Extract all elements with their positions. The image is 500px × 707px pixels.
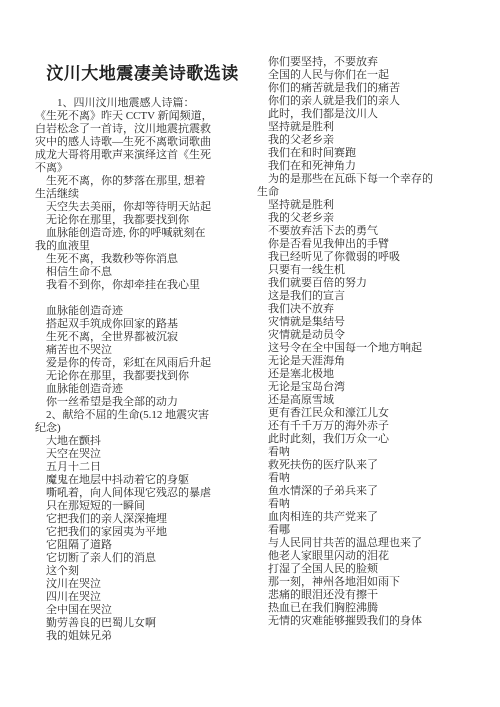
poem-line: 无论是宝岛台湾 — [257, 381, 483, 394]
poem-line: 无论是天涯海角 — [257, 355, 483, 368]
poem-line: 你一丝希望是我全部的动力 — [35, 396, 250, 409]
poem-line: 这号令在全中国每一个地方响起 — [257, 342, 483, 355]
poem-line: 还是塞北极地 — [257, 368, 483, 381]
poem-line: 我们在和时间赛跑 — [257, 147, 483, 160]
poem-line: 它把我们的亲人深深掩埋 — [35, 513, 250, 526]
poem-line: 全中国在哭泣 — [35, 604, 250, 617]
poem-line: 四川在哭泣 — [35, 591, 250, 604]
poem-line: 那一刻，神州各地泪如雨下 — [257, 576, 483, 589]
poem-line: 我已经听见了你微弱的呼吸 — [257, 251, 483, 264]
poem-line: 生活继续 — [35, 188, 250, 201]
poem-line: 你是否看见我伸出的手臂 — [257, 238, 483, 251]
poem-line: 这是我们的宣言 — [257, 290, 483, 303]
poem-line: 他老人家眼里闪动的泪花 — [257, 550, 483, 563]
two-column-layout: 汶川大地震凄美诗歌选读 1、四川汶川地震感人诗篇：《生死不离》昨天 CCTV 新… — [0, 0, 500, 643]
poem-line: 只在那短短的一瞬间 — [35, 500, 250, 513]
poem-line: 我们决不放弃 — [257, 303, 483, 316]
poem-line: 天空在哭泣 — [35, 448, 250, 461]
poem-line: 此时此刻，我们万众一心 — [257, 433, 483, 446]
left-column: 汶川大地震凄美诗歌选读 1、四川汶川地震感人诗篇：《生死不离》昨天 CCTV 新… — [35, 56, 250, 643]
poem-line: 灾情就是动员令 — [257, 329, 483, 342]
poem-line: 2、献给不屈的生命(5.12 地震灾害 — [35, 409, 250, 422]
poem-line: 无论你在那里，我都要找到你 — [35, 214, 250, 227]
document-title: 汶川大地震凄美诗歌选读 — [35, 63, 250, 85]
poem-line: 1、四川汶川地震感人诗篇： — [35, 97, 250, 110]
poem-line: 悲痛的眼泪还没有擦干 — [257, 589, 483, 602]
poem-line: 坚持就是胜利 — [257, 121, 483, 134]
poem-line: 大地在颤抖 — [35, 435, 250, 448]
poem-line: 为的是那些在瓦砾下每一个幸存的 — [257, 173, 483, 186]
left-column-text: 1、四川汶川地震感人诗篇：《生死不离》昨天 CCTV 新闻频道，白岩松念了一首诗… — [35, 97, 250, 643]
poem-line: 成龙大哥将用歌声来演绎这首《生死 — [35, 149, 250, 162]
poem-line: 救死扶伤的医疗队来了 — [257, 459, 483, 472]
poem-line: 血脉能创造奇迹, 你的呼喊就刻在 — [35, 227, 250, 240]
poem-line: 看呐 — [257, 498, 483, 511]
poem-line: 鱼水情深的子弟兵来了 — [257, 485, 483, 498]
poem-line: 魔鬼在地层中抖动着它的身躯 — [35, 474, 250, 487]
poem-line: 此时，我们都是汶川人 — [257, 108, 483, 121]
poem-line: 更有香江民众和濠江儿女 — [257, 407, 483, 420]
poem-line: 这个刻 — [35, 565, 250, 578]
poem-line: 嘶吼着，向人间体现它残忍的暴虐 — [35, 487, 250, 500]
poem-line: 天空失去美丽，你却等待明天站起 — [35, 201, 250, 214]
document-page: 汶川大地震凄美诗歌选读 1、四川汶川地震感人诗篇：《生死不离》昨天 CCTV 新… — [0, 0, 500, 707]
poem-line: 《生死不离》昨天 CCTV 新闻频道， — [35, 110, 250, 123]
poem-line: 我的血液里 — [35, 240, 250, 253]
poem-line: 不离》 — [35, 162, 250, 175]
poem-line: 我看不到你，你却牵挂在我心里 — [35, 279, 250, 292]
poem-line: 痛苦也不哭泣 — [35, 344, 250, 357]
poem-line: 坚持就是胜利 — [257, 199, 483, 212]
poem-line: 生命 — [257, 186, 483, 199]
poem-line: 与人民同甘共苦的温总理也来了 — [257, 537, 483, 550]
poem-line: 搭起双手筑成你回家的路基 — [35, 318, 250, 331]
poem-line: 无论你在那里，我都要找到你 — [35, 370, 250, 383]
poem-line: 打湿了全国人民的脸颊 — [257, 563, 483, 576]
poem-line: 生死不离，全世界都被沉寂 — [35, 331, 250, 344]
poem-line: 热血已在我们胸腔沸腾 — [257, 602, 483, 615]
poem-line: 看呐 — [257, 446, 483, 459]
poem-line: 它把我们的家园夷为平地 — [35, 526, 250, 539]
blank-line — [35, 292, 250, 305]
poem-line: 血肉相连的共产党来了 — [257, 511, 483, 524]
poem-line: 看呐 — [257, 472, 483, 485]
poem-line: 血脉能创造奇迹 — [35, 305, 250, 318]
poem-line: 血脉能创造奇迹 — [35, 383, 250, 396]
poem-line: 我们就要百倍的努力 — [257, 277, 483, 290]
poem-line: 看哪 — [257, 524, 483, 537]
poem-line: 我的父老乡亲 — [257, 212, 483, 225]
poem-line: 它阻隔了道路 — [35, 539, 250, 552]
poem-line: 不要放弃活下去的勇气 — [257, 225, 483, 238]
poem-line: 你们的亲人就是我们的亲人 — [257, 95, 483, 108]
poem-line: 白岩松念了一首诗，汶川地震抗震救 — [35, 123, 250, 136]
poem-line: 全国的人民与你们在一起 — [257, 69, 483, 82]
poem-line: 生死不离，你的梦落在那里, 想着 — [35, 175, 250, 188]
poem-line: 我的姐妹兄弟 — [35, 630, 250, 643]
poem-line: 五月十二日 — [35, 461, 250, 474]
poem-line: 它切断了亲人们的消息 — [35, 552, 250, 565]
right-column-text: 你们要坚持，不要放弃全国的人民与你们在一起你们的痛苦就是我们的痛苦你们的亲人就是… — [257, 56, 483, 628]
poem-line: 还有千千万万的海外赤子 — [257, 420, 483, 433]
poem-line: 纪念) — [35, 422, 250, 435]
poem-line: 你们的痛苦就是我们的痛苦 — [257, 82, 483, 95]
right-column: 你们要坚持，不要放弃全国的人民与你们在一起你们的痛苦就是我们的痛苦你们的亲人就是… — [257, 56, 483, 643]
poem-line: 只要有一线生机 — [257, 264, 483, 277]
poem-line: 我们在和死神角力 — [257, 160, 483, 173]
poem-line: 我的父老乡亲 — [257, 134, 483, 147]
poem-line: 还是高原雪域 — [257, 394, 483, 407]
poem-line: 生死不离，我数秒等你消息 — [35, 253, 250, 266]
poem-line: 勤劳善良的巴蜀儿女啊 — [35, 617, 250, 630]
poem-line: 灾中的感人诗歌—生死不离歌词歌曲 — [35, 136, 250, 149]
poem-line: 汶川在哭泣 — [35, 578, 250, 591]
poem-line: 爱是你的传奇，彩虹在风雨后升起 — [35, 357, 250, 370]
poem-line: 相信生命不息 — [35, 266, 250, 279]
poem-line: 你们要坚持，不要放弃 — [257, 56, 483, 69]
poem-line: 灾情就是集结号 — [257, 316, 483, 329]
poem-line: 无情的灾难能够摧毁我们的身体 — [257, 615, 483, 628]
